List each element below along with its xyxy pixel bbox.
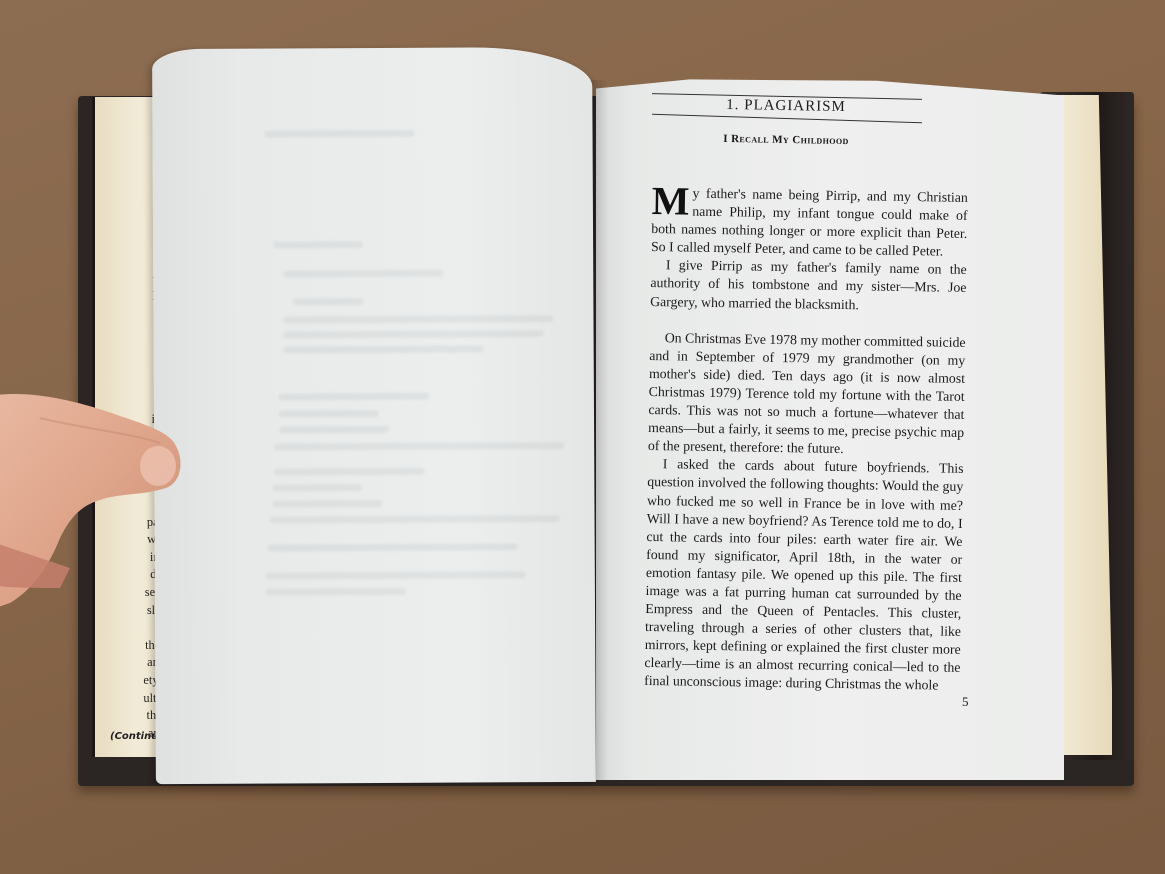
show-through-text bbox=[272, 500, 382, 508]
paragraph: On Christmas Eve 1978 my mother committe… bbox=[648, 329, 966, 461]
drop-cap: M bbox=[651, 185, 689, 218]
show-through-text bbox=[284, 345, 484, 353]
show-through-text bbox=[274, 468, 424, 476]
show-through-text bbox=[284, 330, 544, 338]
left-page-turned[interactable] bbox=[152, 47, 596, 784]
paragraph-text: y father's name being Pirrip, and my Chr… bbox=[651, 186, 968, 259]
show-through-text bbox=[293, 298, 363, 305]
show-through-text bbox=[265, 130, 415, 138]
show-through-text bbox=[279, 426, 389, 434]
show-through-text bbox=[283, 315, 553, 323]
paragraph: My father's name being Pirrip, and my Ch… bbox=[651, 184, 968, 261]
show-through-text bbox=[268, 543, 518, 551]
show-through-text bbox=[266, 571, 526, 579]
show-through-text bbox=[279, 393, 429, 401]
show-through-text bbox=[274, 442, 564, 451]
show-through-text bbox=[283, 270, 443, 278]
paragraph: I asked the cards about future boyfriend… bbox=[644, 455, 964, 695]
show-through-text bbox=[266, 588, 406, 596]
thumbnail bbox=[140, 446, 176, 486]
hand bbox=[0, 388, 195, 618]
show-through-text bbox=[279, 410, 379, 418]
page-body-text: My father's name being Pirrip, and my Ch… bbox=[644, 184, 968, 695]
show-through-text bbox=[270, 515, 560, 524]
show-through-text bbox=[272, 484, 362, 491]
jacket-continued-note: (Continu bbox=[110, 731, 158, 742]
page-number: 5 bbox=[962, 694, 969, 710]
show-through-text bbox=[273, 241, 363, 248]
paragraph: I give Pirrip as my father's family name… bbox=[650, 256, 967, 315]
